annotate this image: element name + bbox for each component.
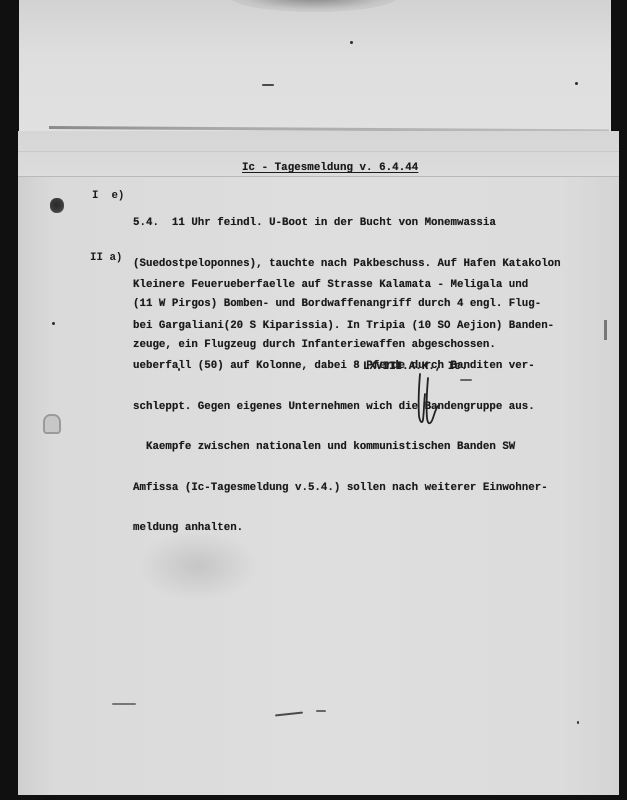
edge-mark [604,320,607,340]
punch-hole-icon [43,414,61,434]
text-line: bei Gargaliani(20 S Kiparissia). In Trip… [133,320,554,334]
signature-icon [414,372,442,428]
film-scratch [316,710,326,712]
text-line: Kaempfe zwischen nationalen und kommunis… [133,441,554,455]
dust-speck [52,322,55,325]
dust-speck [350,41,353,44]
punch-hole-icon [50,198,64,213]
dust-speck [575,82,578,85]
dust-speck [178,368,180,371]
text-line: 5.4. 11 Uhr feindl. U-Boot in der Bucht … [133,217,561,231]
text-line: Kleinere Feuerueberfaelle auf Strasse Ka… [133,279,554,293]
text-line: schleppt. Gegen eigenes Unternehmen wich… [133,401,554,415]
section-label-I: I e) [92,190,124,202]
film-scratch [112,703,136,705]
section-label-II: II a) [90,252,122,264]
band-line [18,151,619,152]
text-line: Amfissa (Ic-Tagesmeldung v.5.4.) sollen … [133,482,554,496]
section-II-body: Kleinere Feuerueberfaelle auf Strasse Ka… [133,252,554,549]
dust-speck [577,721,579,724]
film-scratch [460,379,472,381]
text-line: meldung anhalten. [133,522,554,536]
shadow-stain [229,0,399,12]
back-sheet [19,0,611,135]
document-title: Ic - Tagesmeldung v. 6.4.44 [242,162,418,175]
text-line: ueberfall (50) auf Kolonne, dabei 8 Pfer… [133,360,554,374]
film-scratch [262,84,274,86]
